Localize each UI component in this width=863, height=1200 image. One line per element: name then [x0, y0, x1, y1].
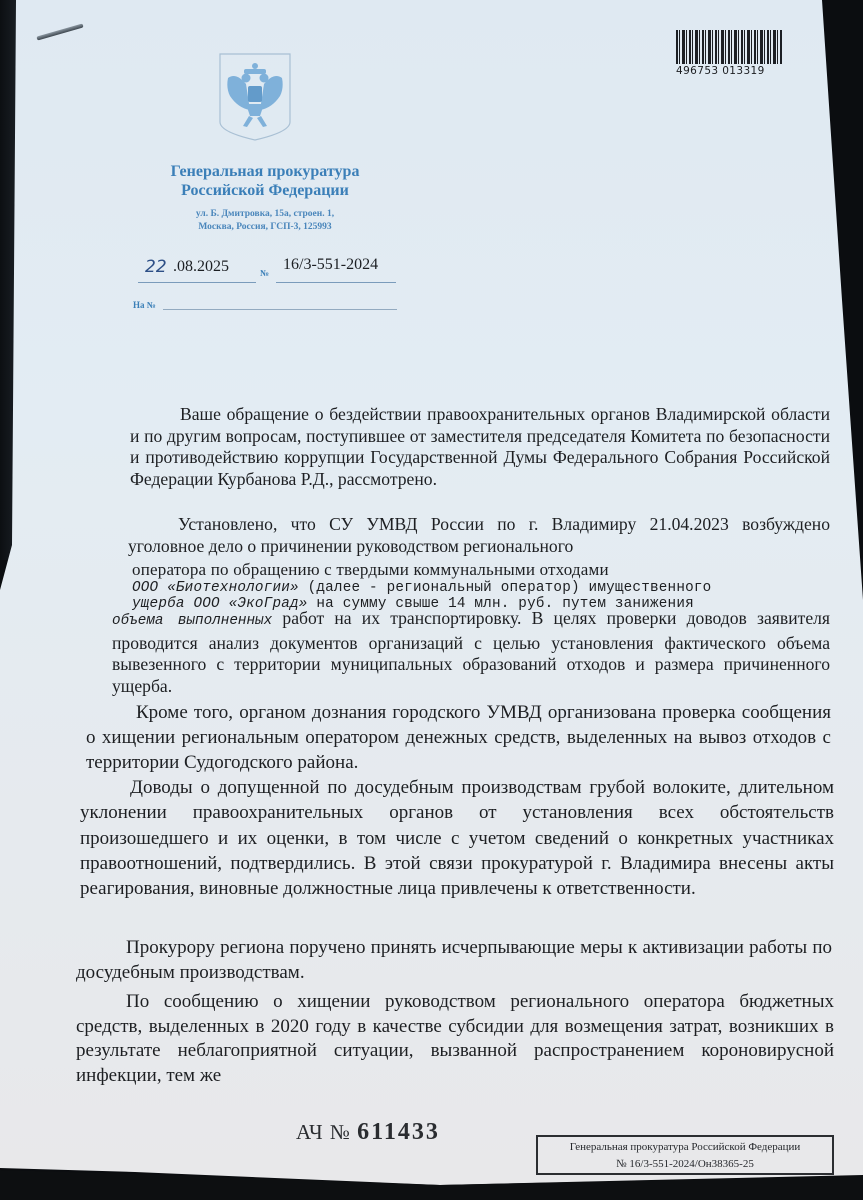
barcode: 496753 013319 [676, 30, 784, 88]
paragraph-2-line1: оператора по обращению с твердыми коммун… [132, 562, 832, 580]
barcode-number: 496753 013319 [676, 65, 784, 77]
paragraph-2-text-c: объема выполненных работ на их транспорт… [112, 608, 830, 697]
reference-row: На № [133, 300, 403, 316]
company-biotech: ООО «Биотехнологии» [132, 580, 299, 596]
date-number-row: 22 .08.2025 № 16/3-551-2024 [133, 256, 403, 286]
paragraph-5-text: Прокурору региона поручено принять исчер… [76, 935, 832, 985]
number-sign: № [260, 268, 269, 278]
paragraph-5: Прокурору региона поручено принять исчер… [76, 935, 832, 985]
paragraph-4-text: Доводы о допущенной по досудебным произв… [80, 775, 834, 901]
outgoing-number: 16/3-551-2024 [283, 256, 378, 274]
barcode-bars-icon [676, 30, 782, 64]
paragraph-4: Доводы о допущенной по досудебным произв… [80, 775, 834, 901]
number-underline [276, 282, 396, 283]
letter-page: 496753 013319 Генеральная прокуратура Ро… [0, 0, 863, 1200]
registration-stamp: Генеральная прокуратура Российской Федер… [536, 1135, 834, 1175]
reference-label: На № [133, 300, 156, 310]
org-address-line1: ул. Б. Дмитровка, 15а, строен. 1, [130, 208, 400, 221]
paragraph-1-text: Ваше обращение о бездействии правоохрани… [130, 404, 830, 490]
org-name-line1: Генеральная прокуратура [130, 162, 400, 181]
coat-of-arms-icon [216, 52, 294, 142]
letterhead: Генеральная прокуратура Российской Федер… [130, 162, 400, 234]
org-name-line2: Российской Федерации [130, 181, 400, 200]
date-underline [138, 282, 256, 283]
paragraph-2-text-a: Установлено, что СУ УМВД России по г. Вл… [128, 514, 830, 557]
serial-prefix: АЧ № [296, 1120, 351, 1144]
serial-value: 611433 [357, 1119, 440, 1145]
reference-underline [163, 309, 397, 310]
paragraph-3-text: Кроме того, органом дознания городского … [86, 700, 831, 775]
paragraph-2-line1-text: оператора по обращению с твердыми коммун… [132, 560, 609, 579]
paragraph-3: Кроме того, органом дознания городского … [86, 700, 831, 775]
paragraph-2-insert: оператора по обращению с твердыми коммун… [132, 562, 832, 612]
paragraph-1: Ваше обращение о бездействии правоохрани… [130, 404, 830, 490]
date-day-handwritten: 22 [145, 257, 167, 277]
paragraph-2-line2-text: (далее - региональный оператор) имуществ… [299, 580, 712, 596]
serial-number: АЧ № 611433 [296, 1119, 440, 1146]
paragraph-2-rest: объема выполненных работ на их транспорт… [112, 608, 830, 697]
paragraph-6-text: По сообщению о хищении руководством реги… [76, 990, 834, 1088]
stamp-number: № 16/3-551-2024/Он38365-25 [538, 1156, 832, 1173]
paragraph-2-italic: объема выполненных [112, 613, 272, 629]
stamp-org: Генеральная прокуратура Российской Федер… [538, 1139, 832, 1156]
paragraph-2-line2: ООО «Биотехнологии» (далее - региональны… [132, 580, 832, 596]
date-month-year: .08.2025 [173, 258, 229, 276]
paragraph-2-top: Установлено, что СУ УМВД России по г. Вл… [128, 514, 830, 557]
org-address-line2: Москва, Россия, ГСП-3, 125993 [130, 221, 400, 234]
paragraph-6: По сообщению о хищении руководством реги… [76, 990, 834, 1088]
staple-icon [36, 23, 83, 40]
